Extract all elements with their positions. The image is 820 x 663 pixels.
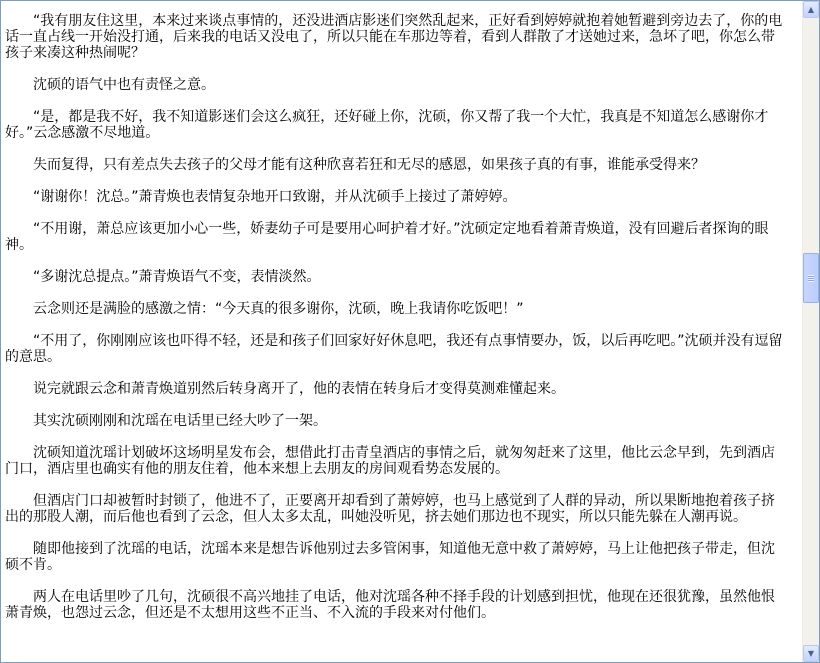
paragraph: “我有朋友住这里，本来过来谈点事情的，还没进酒店影迷们突然乱起来，正好看到婷婷就… (5, 13, 787, 61)
paragraph: “不用了，你刚刚应该也吓得不轻，还是和孩子们回家好好休息吧，我还有点事情要办，饭… (5, 333, 787, 365)
document-content: “我有朋友住这里，本来过来谈点事情的，还没进酒店影迷们突然乱起来，正好看到婷婷就… (1, 1, 803, 662)
reader-window: “我有朋友住这里，本来过来谈点事情的，还没进酒店影迷们突然乱起来，正好看到婷婷就… (0, 0, 820, 663)
paragraph: “是，都是我不好，我不知道影迷们会这么疯狂，还好碰上你，沈硕，你又帮了我一个大忙… (5, 109, 787, 141)
paragraph: 两人在电话里吵了几句，沈硕很不高兴地挂了电话，他对沈瑶各种不择手段的计划感到担忧… (5, 589, 787, 621)
paragraph: 但酒店门口却被暂时封锁了，他进不了，正要离开却看到了萧婷婷，也马上感觉到了人群的… (5, 493, 787, 525)
vertical-scrollbar[interactable]: ▲ ▼ (802, 1, 819, 662)
scroll-down-button[interactable]: ▼ (803, 645, 819, 662)
scrollbar-thumb[interactable] (803, 253, 819, 303)
paragraph: 沈硕的语气中也有责怪之意。 (5, 77, 787, 93)
chevron-down-icon: ▼ (808, 649, 814, 658)
paragraph: 说完就跟云念和萧青焕道别然后转身离开了，他的表情在转身后才变得莫测难懂起来。 (5, 381, 787, 397)
paragraph: 随即他接到了沈瑶的电话，沈瑶本来是想告诉他别过去多管闲事，知道他无意中救了萧婷婷… (5, 541, 787, 573)
paragraph: “不用谢，萧总应该更加小心一些，娇妻幼子可是要用心呵护着才好。”沈硕定定地看着萧… (5, 221, 787, 253)
scroll-up-button[interactable]: ▲ (803, 1, 819, 18)
paragraph: “多谢沈总提点。”萧青焕语气不变，表情淡然。 (5, 269, 787, 285)
paragraph: 沈硕知道沈瑶计划破坏这场明星发布会，想借此打击青皇酒店的事情之后，就匆匆赶来了这… (5, 445, 787, 477)
paragraph: 失而复得，只有差点失去孩子的父母才能有这种欣喜若狂和无尽的感恩，如果孩子真的有事… (5, 157, 787, 173)
paragraph: “谢谢你！沈总。”萧青焕也表情复杂地开口致谢，并从沈硕手上接过了萧婷婷。 (5, 189, 787, 205)
paragraph: 云念则还是满脸的感激之情：“今天真的很多谢你，沈硕，晚上我请你吃饭吧！” (5, 301, 787, 317)
paragraph: 其实沈硕刚刚和沈瑶在电话里已经大吵了一架。 (5, 413, 787, 429)
grip-icon (808, 275, 814, 282)
chevron-up-icon: ▲ (808, 5, 814, 14)
